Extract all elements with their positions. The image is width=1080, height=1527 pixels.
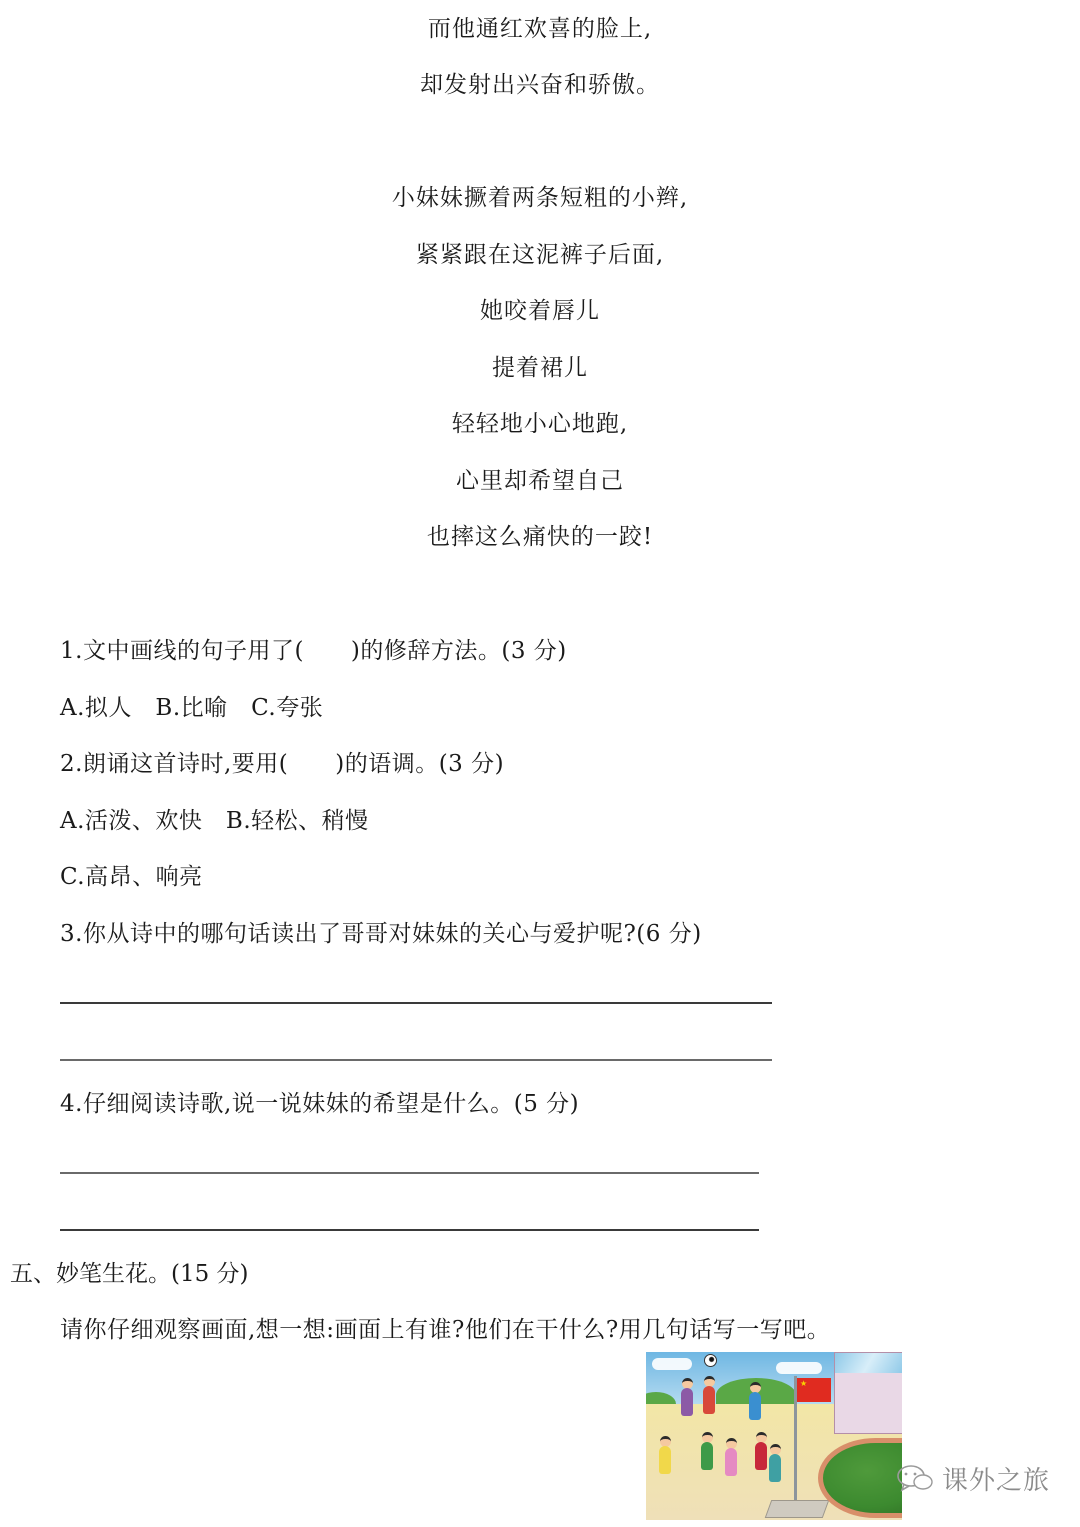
child xyxy=(769,1454,781,1482)
soccer-ball xyxy=(704,1354,717,1367)
watermark: 课外之旅 xyxy=(896,1458,1050,1498)
child xyxy=(725,1448,737,1476)
answer-line[interactable] xyxy=(60,1059,772,1061)
answer-line[interactable] xyxy=(60,1172,759,1174)
answer-line[interactable] xyxy=(60,1229,759,1231)
question-2-options: A.活泼、欢快 B.轻松、稍慢 xyxy=(60,806,369,836)
question-2-options: C.高昂、响亮 xyxy=(60,862,203,892)
child xyxy=(681,1388,693,1416)
question-2: 2.朗诵这首诗时,要用( )的语调。(3 分) xyxy=(60,749,504,779)
poem-line: 小妹妹撅着两条短粗的小辫, xyxy=(0,183,1080,213)
child xyxy=(749,1392,761,1420)
child xyxy=(755,1442,767,1470)
child xyxy=(701,1442,713,1470)
child xyxy=(703,1386,715,1414)
cloud xyxy=(652,1358,692,1370)
poem-line: 轻轻地小心地跑, xyxy=(0,409,1080,439)
cloud xyxy=(776,1362,822,1374)
watermark-text: 课外之旅 xyxy=(942,1460,1050,1497)
poem-line: 提着裙儿 xyxy=(0,353,1080,383)
poem-line: 却发射出兴奋和骄傲。 xyxy=(0,70,1080,100)
poem-line: 紧紧跟在这泥裤子后面, xyxy=(0,240,1080,270)
answer-line[interactable] xyxy=(60,1002,772,1004)
question-1-options: A.拟人 B.比喻 C.夸张 xyxy=(60,693,323,723)
question-3: 3.你从诗中的哪句话读出了哥哥对妹妹的关心与爱护呢?(6 分) xyxy=(60,919,702,949)
poem-line: 心里却希望自己 xyxy=(0,466,1080,496)
flag-star-icon: ★ xyxy=(800,1380,807,1388)
section-5-title: 五、妙笔生花。(15 分) xyxy=(10,1259,249,1289)
child xyxy=(659,1446,671,1474)
wechat-icon xyxy=(896,1463,934,1493)
poem-line: 也摔这么痛快的一跤! xyxy=(0,522,1080,552)
poem-line: 而他通红欢喜的脸上, xyxy=(0,14,1080,44)
children-playing-illustration: ★ xyxy=(646,1352,902,1520)
building xyxy=(834,1352,902,1434)
poem-line: 她咬着唇儿 xyxy=(0,296,1080,326)
flagpole-base xyxy=(765,1500,830,1518)
question-1: 1.文中画线的句子用了( )的修辞方法。(3 分) xyxy=(60,636,567,666)
section-5-prompt: 请你仔细观察画面,想一想:画面上有谁?他们在干什么?用几句话写一写吧。 xyxy=(60,1315,830,1345)
question-4: 4.仔细阅读诗歌,说一说妹妹的希望是什么。(5 分) xyxy=(60,1089,579,1119)
